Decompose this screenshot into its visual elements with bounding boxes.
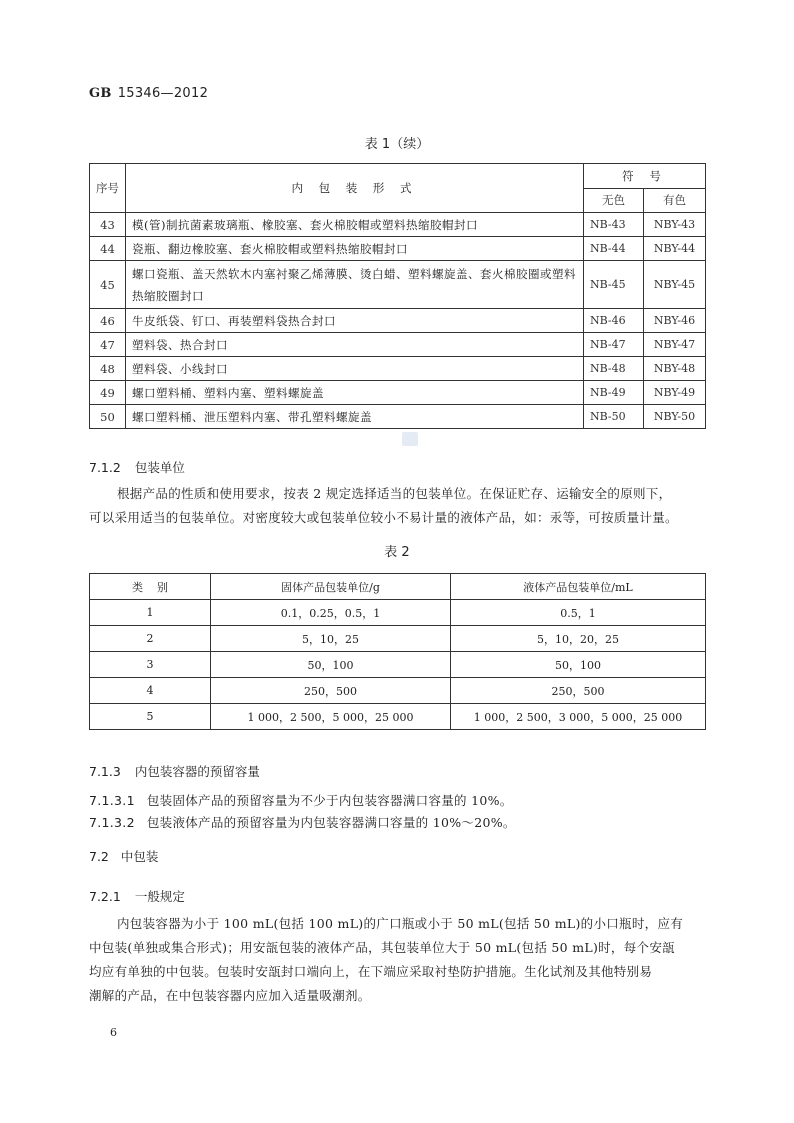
table-row: 43 模(管)制抗菌素玻璃瓶、橡胶塞、套火棉胶帽或塑料热缩胶帽封口 NB-43 … [90, 213, 706, 237]
col-header-seq: 序号 [90, 164, 126, 213]
cell-colorless: NB-45 [584, 261, 644, 309]
clause-7-1-3-1: 7.1.3.1包装固体产品的预留容量为不少于内包装容器满口容量的 10%。 [89, 790, 709, 812]
paragraph-line: 均应有单独的中包装。包装时安瓿封口端向上，在下端应采取衬垫防护措施。生化试剂及其… [89, 960, 709, 984]
standard-prefix: GB [89, 86, 112, 101]
section-7-2-1-heading: 7.2.1一般规定 [89, 887, 185, 905]
cell-form: 塑料袋、热合封口 [126, 333, 584, 357]
cell-colored: NBY-43 [644, 213, 706, 237]
cell-liquid: 250，500 [451, 678, 706, 704]
table-row: 50 螺口塑料桶、泄压塑料内塞、带孔塑料螺旋盖 NB-50 NBY-50 [90, 405, 706, 429]
section-7-1-3-items: 7.1.3.1包装固体产品的预留容量为不少于内包装容器满口容量的 10%。 7.… [89, 790, 709, 834]
cell-colorless: NB-44 [584, 237, 644, 261]
cell-colorless: NB-46 [584, 309, 644, 333]
cell-form: 螺口瓷瓶、盖天然软木内塞衬聚乙烯薄膜、烫白蜡、塑料螺旋盖、套火棉胶圈或塑料热缩胶… [126, 261, 584, 309]
col-header-form: 内 包 装 形 式 [126, 164, 584, 213]
col-header-solid-unit: 固体产品包装单位/g [211, 574, 451, 600]
cell-category: 2 [90, 626, 211, 652]
col-header-colored: 有色 [644, 188, 706, 213]
cell-colorless: NB-48 [584, 357, 644, 381]
clause-number: 7.1.3.2 [89, 815, 135, 830]
cell-seq: 48 [90, 357, 126, 381]
table2-caption: 表 2 [0, 541, 794, 560]
section-7-2-heading: 7.2中包装 [89, 847, 158, 865]
table-row: 3 50，100 50，100 [90, 652, 706, 678]
cell-colored: NBY-46 [644, 309, 706, 333]
cell-seq: 43 [90, 213, 126, 237]
cell-colorless: NB-43 [584, 213, 644, 237]
cell-category: 1 [90, 600, 211, 626]
cell-colored: NBY-50 [644, 405, 706, 429]
table-row: 48 塑料袋、小线封口 NB-48 NBY-48 [90, 357, 706, 381]
cell-seq: 45 [90, 261, 126, 309]
paragraph-line: 根据产品的性质和使用要求，按表 2 规定选择适当的包装单位。在保证贮存、运输安全… [89, 482, 709, 506]
cell-seq: 46 [90, 309, 126, 333]
cell-solid: 0.1，0.25，0.5，1 [211, 600, 451, 626]
section-number: 7.2 [89, 849, 109, 864]
cell-colorless: NB-50 [584, 405, 644, 429]
section-number: 7.2.1 [89, 889, 121, 904]
standard-number: 15346—2012 [118, 86, 208, 101]
cell-liquid: 50，100 [451, 652, 706, 678]
paragraph-line: 中包装(单独或集合形式)；用安瓿包装的液体产品，其包装单位大于 50 mL(包括… [89, 936, 709, 960]
col-header-symbol: 符 号 [584, 164, 706, 189]
table-row: 46 牛皮纸袋、钉口、再装塑料袋热合封口 NB-46 NBY-46 [90, 309, 706, 333]
cell-form: 牛皮纸袋、钉口、再装塑料袋热合封口 [126, 309, 584, 333]
clause-text: 包装固体产品的预留容量为不少于内包装容器满口容量的 10%。 [147, 793, 513, 808]
cell-liquid: 0.5，1 [451, 600, 706, 626]
cell-seq: 47 [90, 333, 126, 357]
cell-seq: 49 [90, 381, 126, 405]
page-number: 6 [110, 1026, 117, 1039]
cell-form: 螺口塑料桶、泄压塑料内塞、带孔塑料螺旋盖 [126, 405, 584, 429]
cell-seq: 50 [90, 405, 126, 429]
col-header-colorless: 无色 [584, 188, 644, 213]
table-row: 44 瓷瓶、翻边橡胶塞、套火棉胶帽或塑料热缩胶帽封口 NB-44 NBY-44 [90, 237, 706, 261]
cell-form: 螺口塑料桶、塑料内塞、塑料螺旋盖 [126, 381, 584, 405]
section-7-1-3-heading: 7.1.3内包装容器的预留容量 [89, 762, 260, 780]
clause-text: 包装液体产品的预留容量为内包装容器满口容量的 10%～20%。 [147, 815, 516, 830]
cell-form: 瓷瓶、翻边橡胶塞、套火棉胶帽或塑料热缩胶帽封口 [126, 237, 584, 261]
paragraph-line: 可以采用适当的包装单位。对密度较大或包装单位较小不易计量的液体产品，如：汞等，可… [89, 506, 709, 530]
cell-colored: NBY-48 [644, 357, 706, 381]
cell-colored: NBY-44 [644, 237, 706, 261]
table-row: 4 250，500 250，500 [90, 678, 706, 704]
cell-colorless: NB-47 [584, 333, 644, 357]
section-number: 7.1.3 [89, 764, 121, 779]
paragraph-line: 内包装容器为小于 100 mL(包括 100 mL)的广口瓶或小于 50 mL(… [89, 912, 709, 936]
cell-colorless: NB-49 [584, 381, 644, 405]
section-title: 中包装 [121, 849, 159, 864]
section-7-1-2-paragraph: 根据产品的性质和使用要求，按表 2 规定选择适当的包装单位。在保证贮存、运输安全… [89, 482, 709, 530]
table-row: 5 1 000，2 500，5 000，25 000 1 000，2 500，3… [90, 704, 706, 730]
table-row: 45 螺口瓷瓶、盖天然软木内塞衬聚乙烯薄膜、烫白蜡、塑料螺旋盖、套火棉胶圈或塑料… [90, 261, 706, 309]
table-row: 1 0.1，0.25，0.5，1 0.5，1 [90, 600, 706, 626]
watermark-logo-icon [402, 432, 418, 446]
clause-7-1-3-2: 7.1.3.2包装液体产品的预留容量为内包装容器满口容量的 10%～20%。 [89, 812, 709, 834]
cell-liquid: 5，10，20，25 [451, 626, 706, 652]
section-number: 7.1.2 [89, 460, 121, 475]
section-title: 包装单位 [135, 460, 185, 475]
cell-solid: 250，500 [211, 678, 451, 704]
section-7-1-2-heading: 7.1.2包装单位 [89, 458, 185, 476]
cell-category: 5 [90, 704, 211, 730]
cell-form: 模(管)制抗菌素玻璃瓶、橡胶塞、套火棉胶帽或塑料热缩胶帽封口 [126, 213, 584, 237]
cell-category: 4 [90, 678, 211, 704]
table-1-continued: 序号 内 包 装 形 式 符 号 无色 有色 43 模(管)制抗菌素玻璃瓶、橡胶… [89, 163, 706, 429]
standard-code: GB15346—2012 [89, 86, 208, 101]
section-title: 一般规定 [135, 889, 185, 904]
section-title: 内包装容器的预留容量 [135, 764, 260, 779]
col-header-liquid-unit: 液体产品包装单位/mL [451, 574, 706, 600]
cell-form: 塑料袋、小线封口 [126, 357, 584, 381]
paragraph-line: 潮解的产品，在中包装容器内应加入适量吸潮剂。 [89, 984, 709, 1008]
cell-colored: NBY-49 [644, 381, 706, 405]
cell-solid: 50，100 [211, 652, 451, 678]
cell-solid: 5，10，25 [211, 626, 451, 652]
table-row: 47 塑料袋、热合封口 NB-47 NBY-47 [90, 333, 706, 357]
cell-solid: 1 000，2 500，5 000，25 000 [211, 704, 451, 730]
table1-caption: 表 1（续） [0, 133, 794, 152]
cell-colored: NBY-47 [644, 333, 706, 357]
table-2: 类 别 固体产品包装单位/g 液体产品包装单位/mL 1 0.1，0.25，0.… [89, 573, 706, 730]
cell-liquid: 1 000，2 500，3 000，5 000，25 000 [451, 704, 706, 730]
table-row: 49 螺口塑料桶、塑料内塞、塑料螺旋盖 NB-49 NBY-49 [90, 381, 706, 405]
cell-category: 3 [90, 652, 211, 678]
col-header-category: 类 别 [90, 574, 211, 600]
cell-colored: NBY-45 [644, 261, 706, 309]
cell-seq: 44 [90, 237, 126, 261]
table-row: 2 5，10，25 5，10，20，25 [90, 626, 706, 652]
section-7-2-1-paragraph: 内包装容器为小于 100 mL(包括 100 mL)的广口瓶或小于 50 mL(… [89, 912, 709, 1008]
clause-number: 7.1.3.1 [89, 793, 135, 808]
